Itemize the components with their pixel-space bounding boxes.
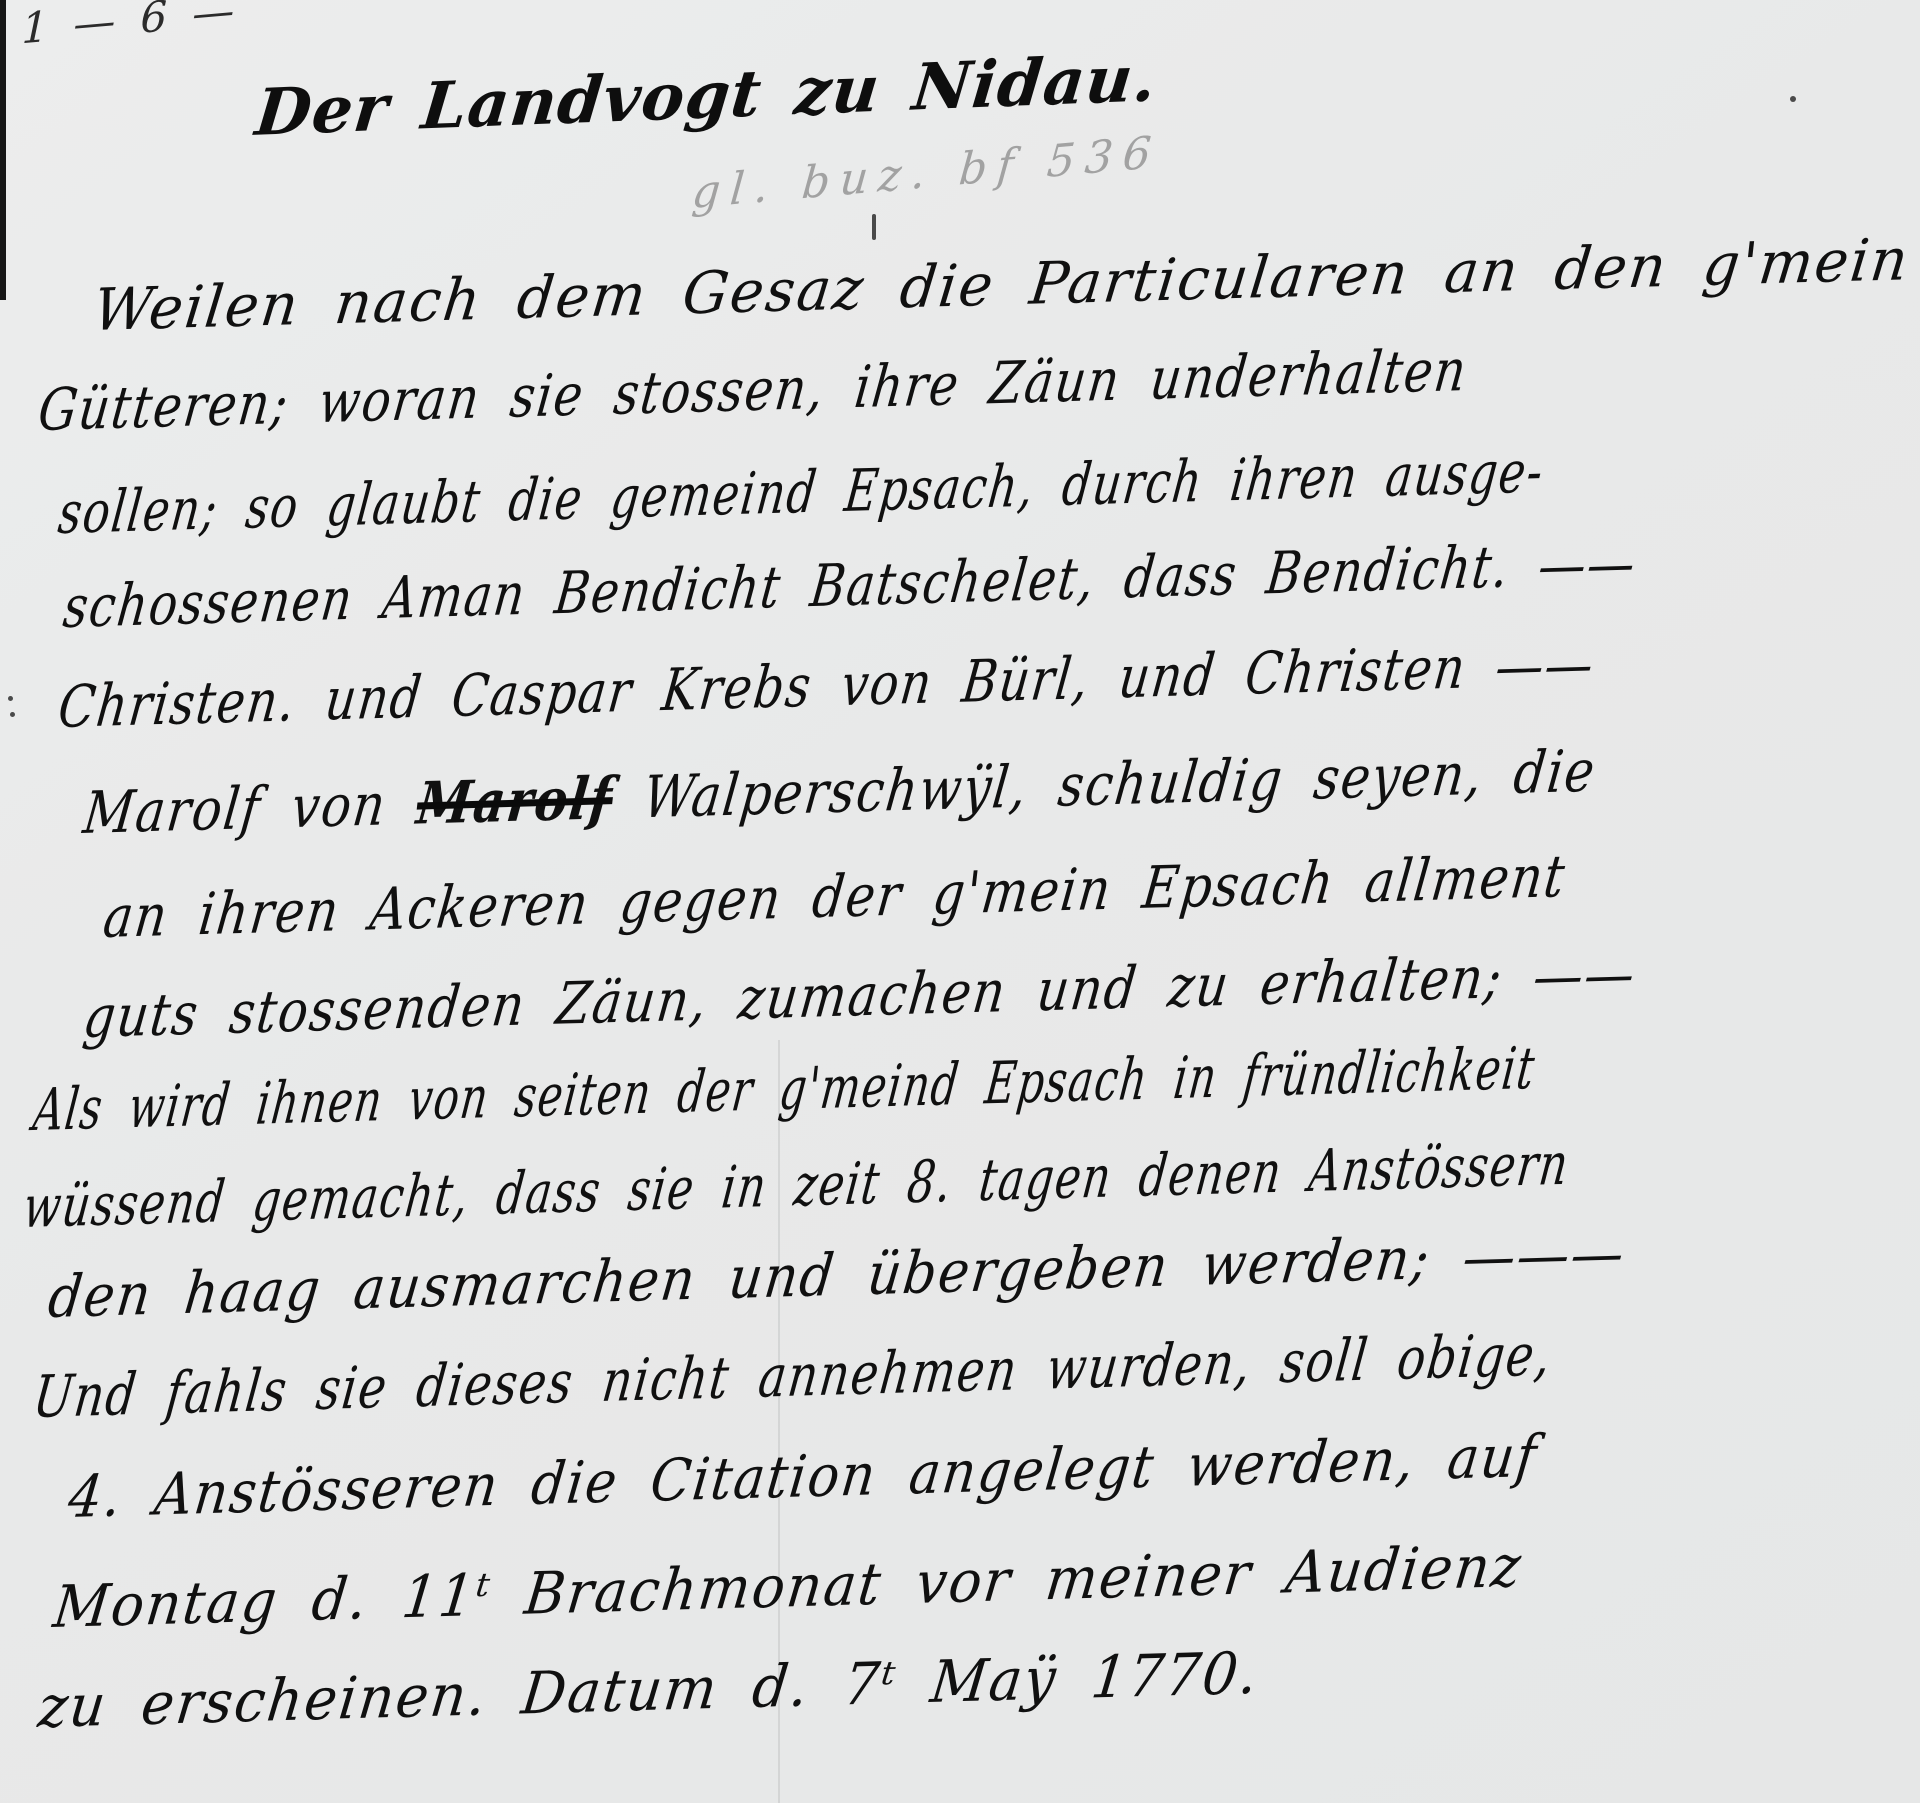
manuscript-line: sollen; so glaubt die gemeind Epsach, du… (55, 437, 1548, 547)
ink-speckle (872, 214, 876, 240)
manuscript-line: Als wird ihnen von seiten der g'meind Ep… (30, 1034, 1539, 1144)
scan-left-edge (0, 0, 6, 300)
struck-out-word: Marolf (414, 764, 617, 838)
line-segment: Walperschwÿl, schuldig seyen, die (609, 737, 1600, 833)
manuscript-line-with-strikethrough: Marolf von Marolf Walperschwÿl, schuldig… (80, 737, 1600, 847)
manuscript-line: Gütteren; woran sie stossen, ihre Zäun u… (35, 336, 1471, 444)
ink-speckle (8, 696, 13, 701)
manuscript-line: den haag ausmarchen und übergeben werden… (45, 1219, 1629, 1331)
manuscript-line: Weilen nach dem Gesaz die Particularen a… (90, 225, 1913, 344)
line-segment: Marolf von (80, 769, 421, 847)
manuscript-line: Und fahls sie dieses nicht annehmen wurd… (30, 1320, 1555, 1431)
manuscript-page: 1 — 6 — Der Landvogt zu Nidau. gl. buz. … (0, 0, 1920, 1803)
manuscript-line: zu erscheinen. Datum d. 7ᵗ Maÿ 1770. (35, 1639, 1263, 1741)
manuscript-line: an ihren Ackeren gegen der g'mein Epsach… (100, 842, 1570, 951)
archive-corner-mark: 1 — 6 — (21, 0, 241, 53)
manuscript-line: Christen. und Caspar Krebs von Bürl, und… (55, 630, 1598, 741)
ink-speckle (1790, 96, 1796, 102)
manuscript-line: guts stossenden Zäun, zumachen und zu er… (80, 939, 1640, 1051)
ink-speckle (10, 712, 15, 717)
manuscript-line: Montag d. 11ᵗ Brachmonat vor meiner Audi… (50, 1532, 1526, 1641)
faint-pencil-annotation: gl. buz. bf 536 (690, 126, 1163, 219)
document-title: Der Landvogt zu Nidau. (252, 41, 1160, 151)
manuscript-line: 4. Anstösseren die Citation angelegt wer… (65, 1422, 1541, 1531)
manuscript-line: schossenen Aman Bendicht Batschelet, das… (60, 529, 1640, 641)
manuscript-line: wüssend gemacht, dass sie in zeit 8. tag… (20, 1130, 1573, 1241)
